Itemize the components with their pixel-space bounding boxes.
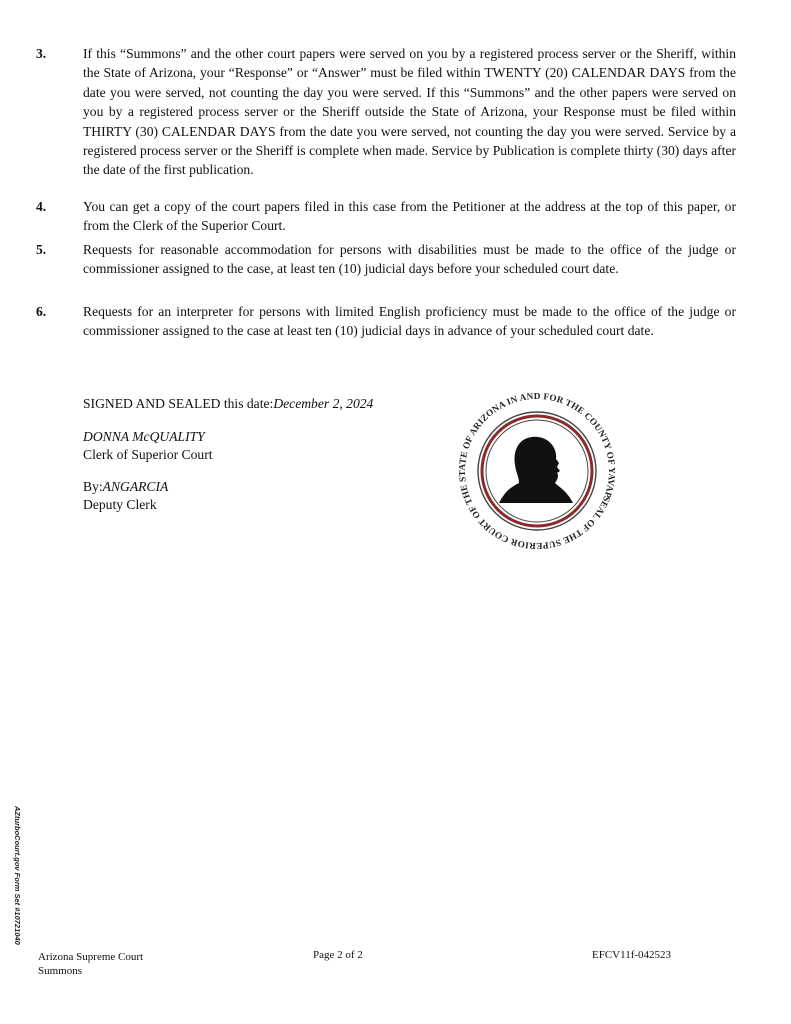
item-number: 6. <box>36 302 46 321</box>
clerk-block: DONNA McQUALITY Clerk of Superior Court <box>83 428 213 464</box>
deputy-block: By:ANGARCIA Deputy Clerk <box>83 478 168 514</box>
clerk-name: DONNA McQUALITY <box>83 429 205 444</box>
signed-date: December 2, 2024 <box>273 396 373 411</box>
form-code: EFCV11f-042523 <box>592 948 671 962</box>
lincoln-portrait-icon <box>499 437 573 503</box>
signed-and-sealed-line: SIGNED AND SEALED this date:December 2, … <box>83 395 373 413</box>
clerk-title: Clerk of Superior Court <box>83 447 213 462</box>
item-number: 5. <box>36 240 46 259</box>
footer-form-name: Summons <box>38 965 82 977</box>
court-seal: SEAL OF THE SUPERIOR COURT OF THE STATE … <box>447 387 627 555</box>
by-label: By: <box>83 479 103 494</box>
footer-court: Arizona Supreme Court <box>38 951 143 963</box>
side-form-note: AZturboCourt.gov Form Set #10721040 <box>10 806 24 946</box>
footer-left: Arizona Supreme Court Summons <box>38 950 143 978</box>
item-text: Requests for reasonable accommodation fo… <box>83 240 736 279</box>
item-number: 3. <box>36 44 46 63</box>
instruction-item-3: 3. If this “Summons” and the other court… <box>36 44 736 180</box>
instruction-item-4: 4. You can get a copy of the court paper… <box>36 197 736 236</box>
signed-label: SIGNED AND SEALED this date: <box>83 396 273 411</box>
deputy-name: ANGARCIA <box>103 479 169 494</box>
page-number: Page 2 of 2 <box>313 948 363 962</box>
item-text: You can get a copy of the court papers f… <box>83 197 736 236</box>
item-text: If this “Summons” and the other court pa… <box>83 44 736 180</box>
deputy-title: Deputy Clerk <box>83 497 157 512</box>
item-number: 4. <box>36 197 46 216</box>
instruction-item-6: 6. Requests for an interpreter for perso… <box>36 302 736 341</box>
instruction-item-5: 5. Requests for reasonable accommodation… <box>36 240 736 279</box>
item-text: Requests for an interpreter for persons … <box>83 302 736 341</box>
